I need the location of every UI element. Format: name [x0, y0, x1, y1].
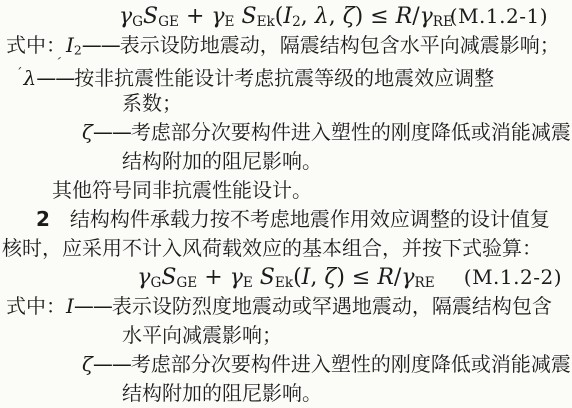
clause-2-line-1: 2 结构构件承载力按不考虑地震作用效应调整的设计值复 [36, 205, 572, 234]
equation-2-number: (M.1.2-2) [464, 263, 562, 292]
equation-1-number: (M.1.2-1) [450, 2, 548, 31]
definition-line-zeta: ζ——考虑部分次要构件进入塑性的刚度降低或消能减震 [82, 118, 572, 147]
other-symbols-note: 其他符号同非抗震性能设计。 [52, 176, 572, 205]
equation-1-body: γGSGE + γE SEk(I2, λ, ζ) ≤ R/γRE [119, 2, 453, 37]
definition-line-i-cont: 水平向减震影响； [122, 321, 572, 350]
definition-line-zeta-2: ζ——考虑部分次要构件进入塑性的刚度降低或消能减震 [82, 350, 572, 379]
document-page: ˊ γGSGE + γE SEk(I2, λ, ζ) ≤ R/γRE (M.1.… [0, 0, 572, 408]
equation-M-1-2-2: γGSGE + γE SEk(I, ζ) ≤ R/γRE (M.1.2-2) [0, 263, 572, 292]
definition-line-lambda: ˊλ——按非抗震性能设计考虑抗震等级的地震效应调整 [16, 60, 572, 89]
definition-line-zeta-2-cont: 结构附加的阻尼影响。 [122, 379, 572, 408]
equation-2-body: γGSGE + γE SEk(I, ζ) ≤ R/γRE [137, 263, 434, 298]
definition-line-zeta-cont: 结构附加的阻尼影响。 [122, 147, 572, 176]
equation-M-1-2-1: γGSGE + γE SEk(I2, λ, ζ) ≤ R/γRE (M.1.2-… [0, 2, 572, 31]
definition-line-lambda-cont: 系数； [122, 89, 572, 118]
clause-2-line-2: 核时，应采用不计入风荷载效应的基本组合，并按下式验算： [2, 234, 572, 263]
